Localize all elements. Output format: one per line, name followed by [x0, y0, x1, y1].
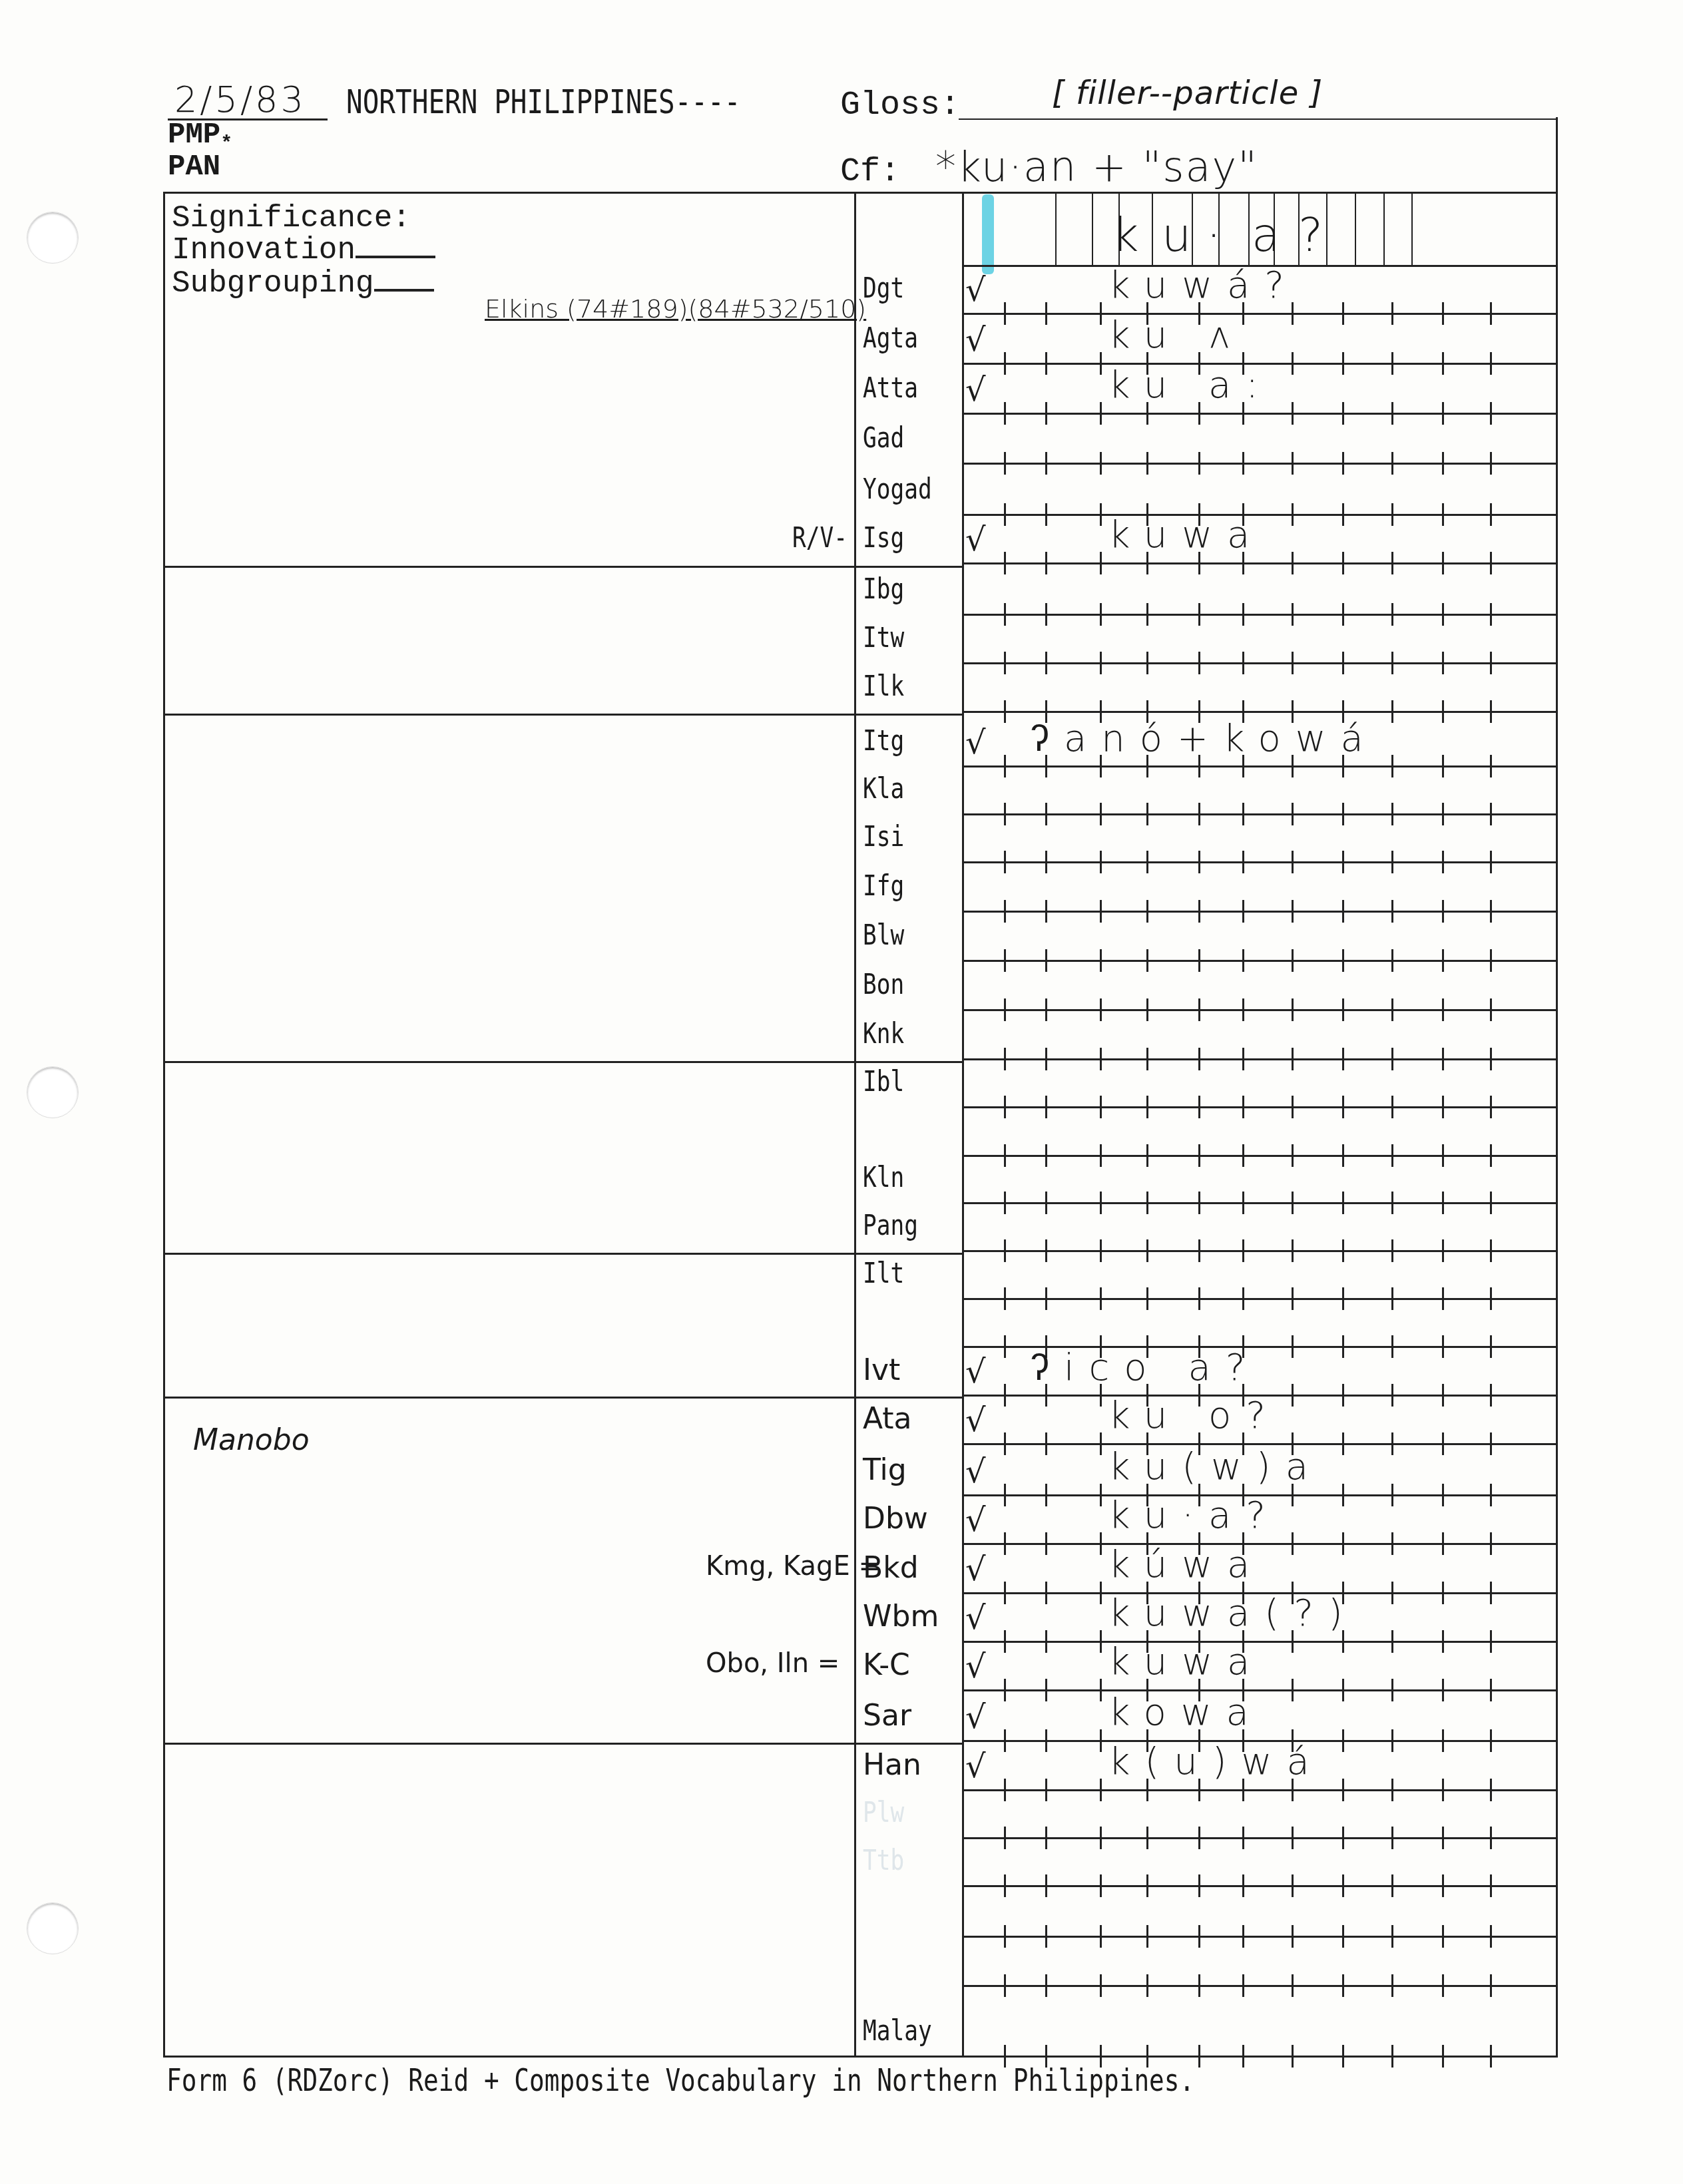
language-label: Ibg	[863, 572, 904, 605]
row-tick	[1292, 900, 1294, 923]
footer-text: Form 6 (RDZorc) Reid + Composite Vocabul…	[166, 2062, 1194, 2098]
language-label: Isg	[863, 521, 904, 554]
row-tick	[1242, 803, 1244, 825]
row-tick	[1391, 452, 1393, 475]
row-rule	[962, 1936, 1558, 1938]
row-tick	[1100, 1679, 1102, 1701]
row-rule	[962, 1298, 1558, 1300]
row-tick	[1146, 603, 1148, 626]
recon-cell-divider	[1326, 193, 1327, 265]
row-tick	[1442, 1630, 1444, 1653]
row-tick	[1442, 1827, 1444, 1849]
language-label: Ilk	[863, 670, 904, 702]
row-tick	[1100, 998, 1102, 1021]
row-tick	[1490, 603, 1492, 626]
row-tick	[1292, 402, 1294, 425]
row-tick	[1242, 851, 1244, 873]
row-tick	[1490, 1925, 1492, 1948]
row-tick	[1490, 1048, 1492, 1070]
row-tick	[1146, 1287, 1148, 1310]
group-divider	[163, 1397, 962, 1399]
row-tick	[1146, 900, 1148, 923]
row-tick	[1045, 2045, 1047, 2068]
row-tick	[1292, 352, 1294, 375]
row-tick	[1004, 302, 1006, 325]
row-tick	[1004, 1239, 1006, 1262]
row-tick	[1004, 803, 1006, 825]
row-tick	[1045, 1287, 1047, 1310]
row-tick	[1442, 1384, 1444, 1407]
row-rule	[962, 765, 1558, 767]
row-tick	[1342, 998, 1344, 1021]
row-tick	[1442, 1432, 1444, 1455]
language-prefix: Kmg, KagE =	[706, 1551, 881, 1582]
row-tick	[1292, 1925, 1294, 1948]
row-tick	[1342, 1335, 1344, 1358]
pan-label: PAN	[168, 150, 220, 184]
row-tick	[1100, 900, 1102, 923]
row-tick	[1242, 452, 1244, 475]
row-tick	[1198, 452, 1200, 475]
row-tick	[1146, 1096, 1148, 1118]
check-mark[interactable]: √	[965, 272, 986, 309]
row-tick	[1490, 1582, 1492, 1604]
subgrouping-text: Subgrouping	[172, 266, 374, 301]
row-tick	[1442, 949, 1444, 972]
row-tick	[1391, 503, 1393, 526]
row-tick	[1490, 2045, 1492, 2068]
row-tick	[1004, 949, 1006, 972]
row-tick	[1198, 1287, 1200, 1310]
gloss-value: [ filler--particle ]	[1052, 75, 1323, 112]
row-tick	[1391, 1532, 1393, 1555]
recon-cell-divider	[1248, 193, 1250, 265]
row-tick	[1045, 1484, 1047, 1506]
row-rule	[962, 562, 1558, 564]
row-tick	[1045, 1827, 1047, 1849]
row-tick	[1342, 1974, 1344, 1997]
row-tick	[1342, 1144, 1344, 1167]
row-tick	[1100, 1144, 1102, 1167]
row-tick	[1442, 1679, 1444, 1701]
row-tick	[1100, 302, 1102, 325]
row-tick	[1391, 1679, 1393, 1701]
row-tick	[1045, 402, 1047, 425]
row-tick	[1004, 1335, 1006, 1358]
reflex-form: kúwa	[1108, 1543, 1264, 1586]
check-mark[interactable]: √	[965, 371, 986, 409]
language-label: K-C	[863, 1648, 910, 1682]
row-tick	[1342, 1679, 1344, 1701]
top-rule-left	[163, 192, 962, 194]
reflex-form: kuwa(?)	[1108, 1592, 1357, 1635]
language-label: Ttb	[863, 1844, 904, 1876]
row-tick	[1342, 1192, 1344, 1214]
row-tick	[1342, 1779, 1344, 1801]
row-tick	[1342, 2045, 1344, 2068]
row-tick	[1242, 1874, 1244, 1897]
row-tick	[1198, 851, 1200, 873]
row-tick	[1442, 1484, 1444, 1506]
row-tick	[1442, 352, 1444, 375]
check-mark[interactable]: √	[965, 1551, 986, 1588]
row-tick	[1045, 1974, 1047, 1997]
row-tick	[1242, 949, 1244, 972]
row-tick	[1442, 452, 1444, 475]
subgrouping-blank[interactable]	[374, 289, 434, 292]
row-tick	[1100, 552, 1102, 574]
row-tick	[1490, 1096, 1492, 1118]
row-tick	[1391, 1144, 1393, 1167]
recon-cell-divider	[1383, 193, 1385, 265]
language-prefix: Obo, Iln =	[706, 1648, 840, 1679]
row-tick	[1391, 1729, 1393, 1752]
row-tick	[1292, 1827, 1294, 1849]
language-label: Blw	[863, 919, 904, 951]
row-tick	[1442, 900, 1444, 923]
row-tick	[1342, 302, 1344, 325]
row-tick	[1146, 851, 1148, 873]
row-tick	[1292, 503, 1294, 526]
row-tick	[1242, 2045, 1244, 2068]
row-tick	[1490, 1144, 1492, 1167]
innovation-blank[interactable]	[356, 256, 435, 258]
language-label: Ibl	[863, 1065, 904, 1098]
row-tick	[1442, 1335, 1444, 1358]
row-tick	[1004, 1287, 1006, 1310]
recon-segment: ?	[1298, 208, 1324, 262]
row-tick	[1004, 503, 1006, 526]
check-mark[interactable]: √	[965, 1748, 986, 1785]
row-tick	[1490, 1239, 1492, 1262]
row-tick	[1442, 603, 1444, 626]
row-tick	[1242, 652, 1244, 674]
row-tick	[1391, 1484, 1393, 1506]
row-tick	[1004, 998, 1006, 1021]
row-tick	[1442, 1729, 1444, 1752]
row-tick	[1198, 1048, 1200, 1070]
row-tick	[1004, 1432, 1006, 1455]
reflex-form: kuwa	[1108, 1640, 1264, 1683]
row-tick	[1342, 652, 1344, 674]
row-tick	[1442, 402, 1444, 425]
reflex-form: kuwá?	[1108, 264, 1299, 307]
row-tick	[1004, 700, 1006, 723]
language-label: Yogad	[863, 473, 932, 505]
row-tick	[1045, 1096, 1047, 1118]
hole-punch-bottom	[27, 1902, 79, 1954]
row-tick	[1442, 1144, 1444, 1167]
check-mark[interactable]: √	[965, 521, 986, 558]
reflex-form: ku(w)a	[1108, 1445, 1323, 1488]
row-tick	[1490, 1874, 1492, 1897]
row-tick	[1292, 1874, 1294, 1897]
check-mark[interactable]: √	[965, 1353, 986, 1391]
language-label: Isi	[863, 820, 904, 853]
row-tick	[1342, 1096, 1344, 1118]
language-label: Kln	[863, 1161, 904, 1194]
row-tick	[1342, 851, 1344, 873]
region-title: NORTHERN PHILIPPINES----	[346, 83, 740, 121]
row-tick	[1100, 352, 1102, 375]
row-rule	[962, 1155, 1558, 1157]
language-label: Gad	[863, 421, 904, 454]
row-tick	[1198, 1874, 1200, 1897]
row-tick	[1490, 402, 1492, 425]
row-tick	[1442, 1239, 1444, 1262]
row-tick	[1391, 1384, 1393, 1407]
row-tick	[1391, 1096, 1393, 1118]
language-label: Ilt	[863, 1257, 904, 1289]
row-tick	[1045, 851, 1047, 873]
row-tick	[1490, 1532, 1492, 1555]
reflex-form: k(u)wá	[1108, 1740, 1324, 1783]
row-tick	[1292, 452, 1294, 475]
language-column-left-edge	[854, 192, 856, 2056]
recon-segment: k	[1112, 208, 1140, 262]
row-tick	[1391, 552, 1393, 574]
row-tick	[1100, 1827, 1102, 1849]
row-tick	[1004, 1192, 1006, 1214]
language-label: Bon	[863, 968, 904, 1000]
row-tick	[1490, 1384, 1492, 1407]
row-tick	[1045, 1630, 1047, 1653]
row-tick	[1490, 755, 1492, 777]
row-tick	[1442, 1287, 1444, 1310]
row-tick	[1391, 1827, 1393, 1849]
row-tick	[1490, 1192, 1492, 1214]
row-tick	[1391, 1335, 1393, 1358]
row-tick	[1004, 1048, 1006, 1070]
row-tick	[1292, 552, 1294, 574]
row-tick	[1198, 949, 1200, 972]
row-tick	[1391, 755, 1393, 777]
row-tick	[1490, 1779, 1492, 1801]
row-tick	[1342, 1384, 1344, 1407]
row-tick	[1100, 503, 1102, 526]
row-tick	[1198, 998, 1200, 1021]
language-label: Atta	[863, 371, 918, 404]
row-tick	[1100, 1925, 1102, 1948]
row-tick	[1004, 900, 1006, 923]
row-tick	[1490, 1974, 1492, 1997]
row-tick	[1004, 1484, 1006, 1506]
row-tick	[1292, 1096, 1294, 1118]
row-tick	[1242, 1974, 1244, 1997]
row-tick	[1100, 803, 1102, 825]
row-tick	[1391, 803, 1393, 825]
language-label: Sar	[863, 1699, 911, 1733]
row-tick	[1442, 755, 1444, 777]
check-mark[interactable]: √	[965, 724, 986, 762]
check-mark[interactable]: √	[965, 1453, 986, 1490]
language-label: Han	[863, 1748, 921, 1782]
row-tick	[1342, 1925, 1344, 1948]
row-tick	[1004, 1874, 1006, 1897]
row-tick	[1490, 1630, 1492, 1653]
row-tick	[1242, 1192, 1244, 1214]
row-tick	[1292, 949, 1294, 972]
row-tick	[1100, 1779, 1102, 1801]
language-label: Tig	[863, 1453, 907, 1487]
language-label: Knk	[863, 1017, 904, 1050]
row-tick	[1004, 1729, 1006, 1752]
row-tick	[1442, 851, 1444, 873]
check-mark[interactable]: √	[965, 1402, 986, 1439]
row-tick	[1342, 1532, 1344, 1555]
row-tick	[1004, 1925, 1006, 1948]
row-rule	[962, 413, 1558, 415]
language-label: Ifg	[863, 869, 904, 902]
check-mark[interactable]: √	[965, 1648, 986, 1685]
row-tick	[1100, 1096, 1102, 1118]
check-mark[interactable]: √	[965, 1699, 986, 1736]
row-tick	[1490, 352, 1492, 375]
language-label: Dgt	[863, 272, 904, 304]
recon-cell-divider	[1152, 193, 1153, 265]
row-tick	[1391, 302, 1393, 325]
reflex-form: kowa	[1108, 1691, 1264, 1734]
recon-cell-divider	[1055, 193, 1057, 265]
row-tick	[1004, 1144, 1006, 1167]
row-tick	[1242, 900, 1244, 923]
row-tick	[1490, 1729, 1492, 1752]
row-tick	[1490, 1432, 1492, 1455]
row-tick	[1342, 803, 1344, 825]
row-rule	[962, 614, 1558, 616]
row-tick	[1391, 998, 1393, 1021]
reflex-form: ku a:	[1108, 363, 1273, 407]
row-tick	[1292, 1974, 1294, 1997]
reflex-form: ku ʌ	[1108, 314, 1245, 357]
recon-cell-divider	[1092, 193, 1093, 265]
row-tick	[1391, 1974, 1393, 1997]
language-label: Agta	[863, 322, 918, 354]
row-tick	[1146, 1048, 1148, 1070]
row-tick	[1045, 652, 1047, 674]
row-rule	[962, 1058, 1558, 1060]
row-tick	[1292, 1335, 1294, 1358]
innovation-label: Innovation	[172, 233, 435, 268]
row-tick	[1490, 1287, 1492, 1310]
row-tick	[1342, 1827, 1344, 1849]
row-rule	[962, 1202, 1558, 1204]
row-tick	[1490, 851, 1492, 873]
row-tick	[1045, 900, 1047, 923]
row-tick	[1045, 998, 1047, 1021]
row-tick	[1004, 755, 1006, 777]
row-tick	[1391, 352, 1393, 375]
row-tick	[1442, 1779, 1444, 1801]
row-tick	[1045, 503, 1047, 526]
row-tick	[1442, 652, 1444, 674]
row-tick	[1490, 949, 1492, 972]
row-rule	[962, 911, 1558, 913]
row-tick	[1442, 1192, 1444, 1214]
row-tick	[1342, 1432, 1344, 1455]
check-mark[interactable]: √	[965, 1600, 986, 1637]
row-tick	[1442, 1925, 1444, 1948]
row-tick	[1004, 1630, 1006, 1653]
row-tick	[1342, 503, 1344, 526]
row-rule	[962, 1789, 1558, 1791]
row-tick	[1146, 1144, 1148, 1167]
row-tick	[1198, 1144, 1200, 1167]
frame-left-edge	[163, 192, 165, 2056]
language-label: Itg	[863, 724, 904, 757]
highlighter-mark	[982, 194, 994, 274]
row-rule	[962, 313, 1558, 315]
check-mark[interactable]: √	[965, 1502, 986, 1539]
row-tick	[1391, 1779, 1393, 1801]
row-tick	[1292, 652, 1294, 674]
row-tick	[1004, 1384, 1006, 1407]
row-tick	[1292, 1192, 1294, 1214]
group-divider	[163, 714, 962, 716]
reflex-form: ʔanó+kowá	[1031, 716, 1378, 760]
row-tick	[1490, 452, 1492, 475]
top-rule-right	[962, 192, 1558, 194]
row-tick	[1442, 302, 1444, 325]
cf-label: Cf:	[840, 153, 900, 191]
row-tick	[1004, 2045, 1006, 2068]
row-tick	[1490, 700, 1492, 723]
row-tick	[1391, 900, 1393, 923]
row-tick	[1004, 352, 1006, 375]
language-label: Malay	[863, 2014, 932, 2047]
row-tick	[1146, 1192, 1148, 1214]
row-tick	[1242, 1096, 1244, 1118]
row-tick	[1391, 1048, 1393, 1070]
row-tick	[1342, 949, 1344, 972]
row-tick	[1045, 1582, 1047, 1604]
recon-segment: u	[1162, 208, 1192, 262]
row-rule	[962, 662, 1558, 664]
check-mark[interactable]: √	[965, 322, 986, 359]
row-tick	[1391, 1874, 1393, 1897]
row-tick	[1198, 652, 1200, 674]
row-tick	[1490, 998, 1492, 1021]
row-tick	[1100, 1048, 1102, 1070]
row-tick	[1442, 1532, 1444, 1555]
row-tick	[1292, 603, 1294, 626]
row-tick	[1342, 1874, 1344, 1897]
row-tick	[1045, 1239, 1047, 1262]
row-tick	[1146, 452, 1148, 475]
row-tick	[1490, 803, 1492, 825]
gloss-underline	[959, 118, 1558, 120]
reflex-form: ʔico a?	[1031, 1345, 1260, 1389]
hole-punch-middle	[27, 1066, 79, 1118]
row-tick	[1442, 803, 1444, 825]
row-tick	[1045, 1779, 1047, 1801]
row-tick	[1004, 652, 1006, 674]
innovation-text: Innovation	[172, 233, 356, 268]
row-tick	[1045, 1432, 1047, 1455]
row-tick	[1391, 1582, 1393, 1604]
row-tick	[1100, 1874, 1102, 1897]
row-tick	[1004, 1779, 1006, 1801]
row-tick	[1391, 1925, 1393, 1948]
entry-grid-left-edge	[962, 192, 964, 2056]
row-tick	[1242, 1239, 1244, 1262]
row-tick	[1100, 1532, 1102, 1555]
row-tick	[1100, 1582, 1102, 1604]
row-tick	[1490, 1335, 1492, 1358]
row-tick	[1391, 1432, 1393, 1455]
row-tick	[1100, 1432, 1102, 1455]
reflex-form: kuwa	[1108, 513, 1264, 556]
